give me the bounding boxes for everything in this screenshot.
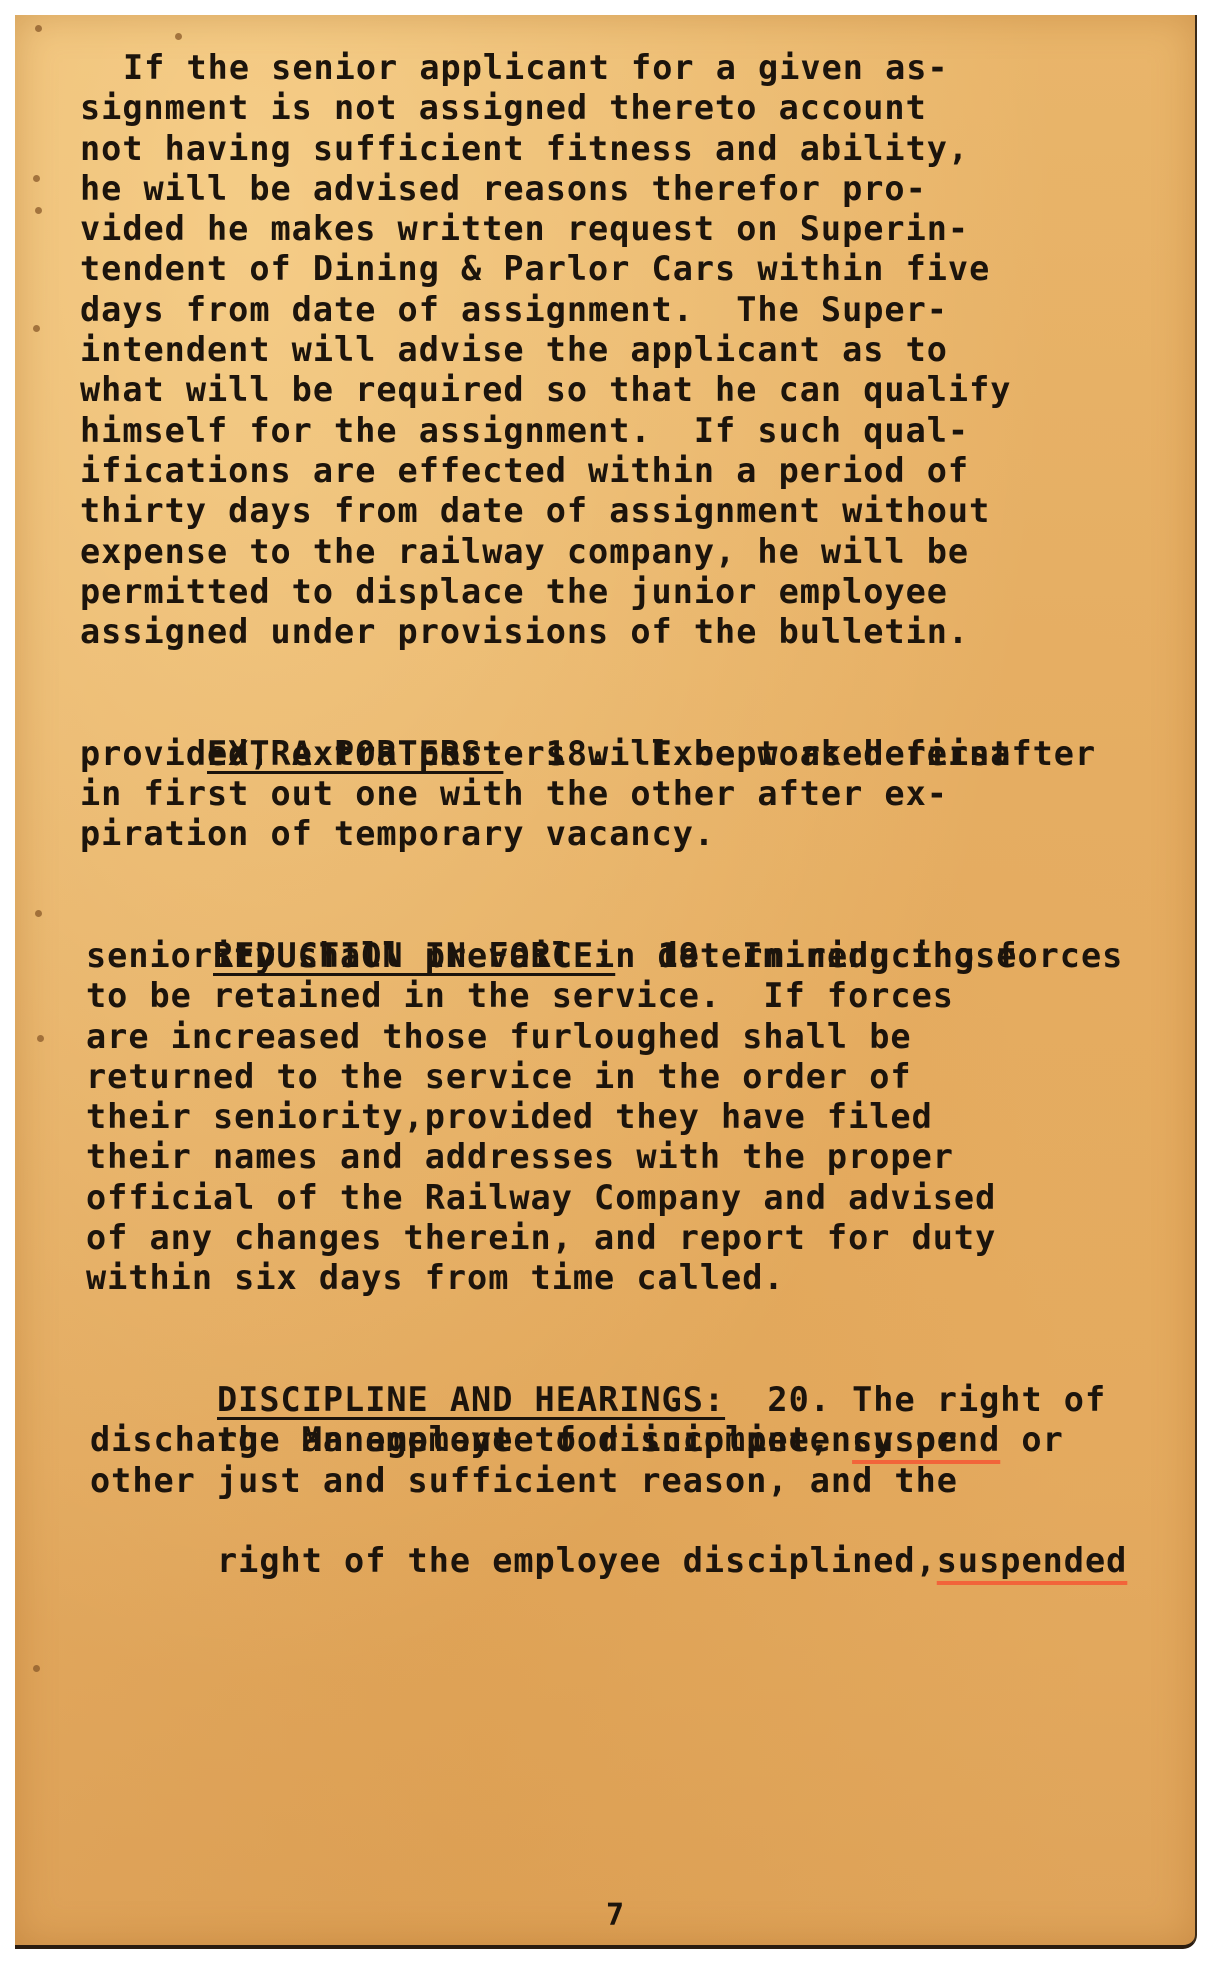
text-line: official of the Railway Company and advi…	[86, 1178, 1190, 1218]
text-line: returned to the service in the order of	[86, 1057, 1190, 1097]
text-line: signment is not assigned thereto account	[80, 88, 1190, 128]
page-number: 7	[0, 1898, 1230, 1933]
text-line: to be retained in the service. If forces	[86, 976, 1190, 1016]
text-line: tendent of Dining & Parlor Cars within f…	[80, 249, 1190, 289]
red-pencil-underline: suspended	[937, 1541, 1128, 1580]
text-line: days from date of assignment. The Super-	[80, 290, 1190, 330]
section-19-reduction-in-force: REDUCTION IN FORCE: 19. In reducing forc…	[80, 896, 1190, 1299]
paper-hole-mark	[35, 207, 42, 214]
text-line: their names and addresses with the prope…	[86, 1137, 1190, 1177]
section-number: 20.	[767, 1380, 831, 1419]
paper-hole-mark	[35, 25, 42, 32]
text-line: vided he makes written request on Superi…	[80, 209, 1190, 249]
paper-hole-mark	[35, 910, 42, 917]
intro-paragraph: If the senior applicant for a given as- …	[80, 48, 1190, 652]
paper-hole-mark	[33, 1665, 40, 1672]
text-line: himself for the assignment. If such qual…	[80, 411, 1190, 451]
paper-hole-mark	[33, 175, 40, 182]
text-fragment: right of the employee disciplined,	[217, 1541, 937, 1580]
text-line: expense to the railway company, he will …	[80, 532, 1190, 572]
section-20-discipline-and-hearings: DISCIPLINE AND HEARINGS: 20. The right o…	[80, 1340, 1190, 1541]
text-line: piration of temporary vacancy.	[80, 814, 1190, 854]
text-line: permitted to displace the junior employe…	[80, 572, 1190, 612]
text-line: within six days from time called.	[86, 1258, 1190, 1298]
paper-hole-mark	[37, 1035, 44, 1042]
text-fragment: or	[1000, 1420, 1064, 1459]
text-line: If the senior applicant for a given as-	[80, 48, 1190, 88]
section-18-extra-porters: EXTRA PORTERS: 18. Except as hereinafter…	[80, 693, 1190, 854]
paper-hole-mark	[33, 325, 40, 332]
text-line: ifications are effected within a period …	[80, 451, 1190, 491]
text-line: of any changes therein, and report for d…	[86, 1218, 1190, 1258]
paper-hole-mark	[175, 33, 182, 40]
text-line: what will be required so that he can qua…	[80, 370, 1190, 410]
text-fragment: The right of	[852, 1380, 1106, 1419]
text-line: intendent will advise the applicant as t…	[80, 330, 1190, 370]
section-heading: DISCIPLINE AND HEARINGS:	[217, 1380, 725, 1419]
text-line: not having sufficient fitness and abilit…	[80, 129, 1190, 169]
text-line: thirty days from date of assignment with…	[80, 491, 1190, 531]
text-line: other just and sufficient reason, and th…	[90, 1461, 1190, 1501]
text-line: their seniority,provided they have filed	[86, 1097, 1190, 1137]
text-line: he will be advised reasons therefor pro-	[80, 169, 1190, 209]
text-line: in first out one with the other after ex…	[80, 774, 1190, 814]
text-line: are increased those furloughed shall be	[86, 1017, 1190, 1057]
text-line: assigned under provisions of the bulleti…	[80, 612, 1190, 652]
document-body: If the senior applicant for a given as- …	[80, 48, 1190, 1541]
